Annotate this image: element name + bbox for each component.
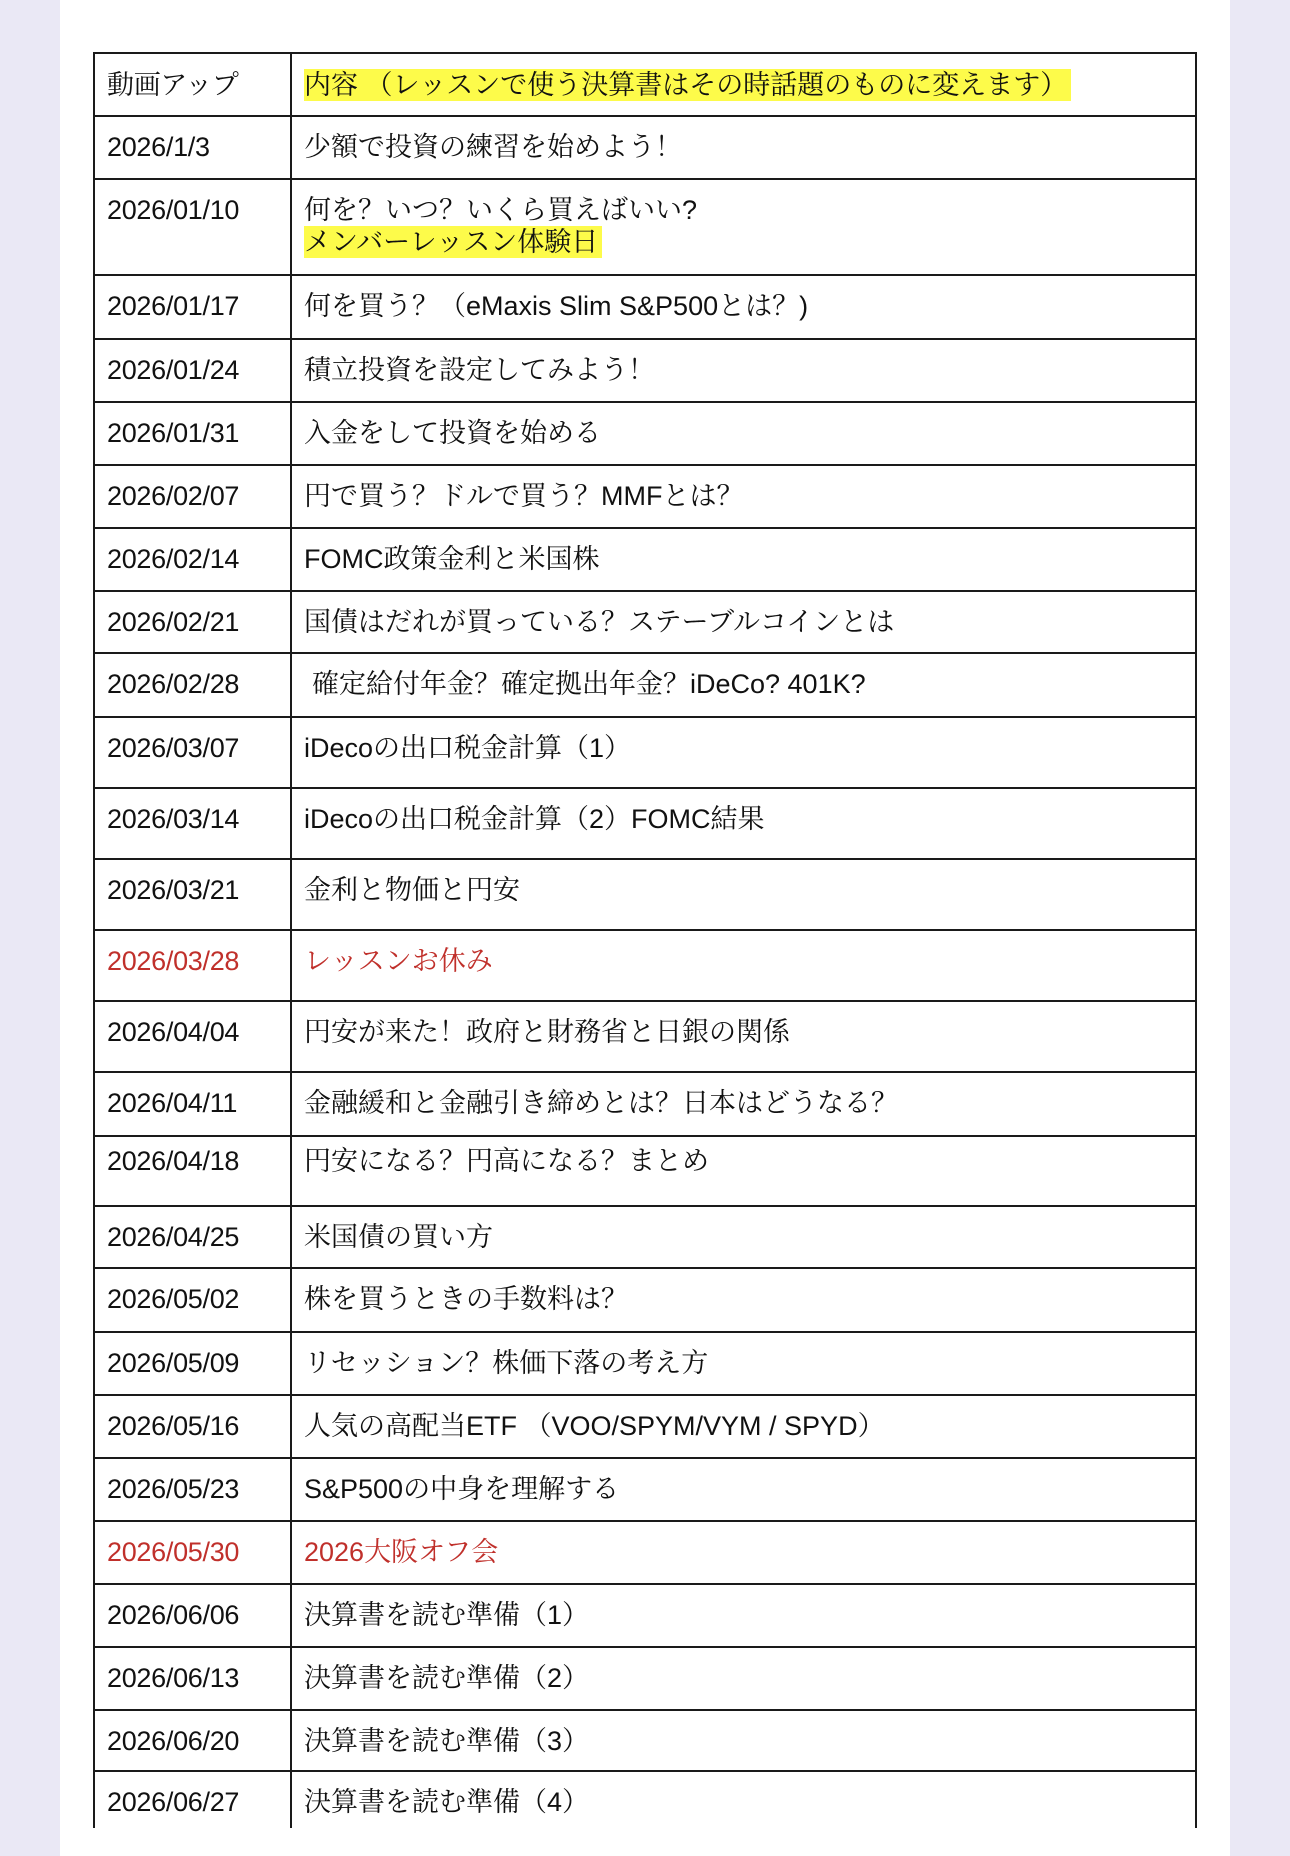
date-cell: 2026/03/14 xyxy=(94,788,291,859)
date-text: 2026/01/31 xyxy=(107,418,239,448)
table-row: 2026/1/3 少額で投資の練習を始めよう！ xyxy=(94,116,1196,179)
content-text: 入金をして投資を始める xyxy=(304,418,601,448)
table-row: 2026/06/13 決算書を読む準備（2） xyxy=(94,1647,1196,1710)
date-text: 2026/03/21 xyxy=(107,875,239,905)
date-cell: 2026/04/25 xyxy=(94,1206,291,1268)
table-row: 2026/03/21 金利と物価と円安 xyxy=(94,859,1196,930)
content-text: 決算書を読む準備（4） xyxy=(304,1787,589,1817)
content-text: 少額で投資の練習を始めよう！ xyxy=(304,132,682,162)
table-row: 2026/05/23 S&P500の中身を理解する xyxy=(94,1458,1196,1521)
date-text: 2026/05/16 xyxy=(107,1411,239,1441)
table-row: 2026/04/18 円安になる？円高になる？まとめ xyxy=(94,1136,1196,1206)
table-row: 2026/02/14 FOMC政策金利と米国株 xyxy=(94,528,1196,591)
content-text: 円で買う？ドルで買う？MMFとは？ xyxy=(304,481,743,511)
content-cell: iDecoの出口税金計算（2）FOMC結果 xyxy=(291,788,1196,859)
table-row: 2026/04/11 金融緩和と金融引き締めとは？日本はどうなる？ xyxy=(94,1072,1196,1136)
date-text: 2026/06/13 xyxy=(107,1663,239,1693)
date-text: 2026/06/27 xyxy=(107,1787,239,1817)
date-cell: 2026/06/06 xyxy=(94,1584,291,1647)
content-cell: 米国債の買い方 xyxy=(291,1206,1196,1268)
table-row: 2026/04/04 円安が来た！政府と財務省と日銀の関係 xyxy=(94,1001,1196,1072)
content-cell: 金融緩和と金融引き締めとは？日本はどうなる？ xyxy=(291,1072,1196,1136)
date-cell: 2026/04/18 xyxy=(94,1136,291,1206)
date-text: 2026/04/04 xyxy=(107,1017,239,1047)
content-cell: 円で買う？ドルで買う？MMFとは？ xyxy=(291,465,1196,528)
content-cell: 何を買う？（eMaxis Slim S&P500とは？) xyxy=(291,275,1196,339)
content-text: FOMC政策金利と米国株 xyxy=(304,544,599,574)
table-row: 2026/05/09 リセッション？株価下落の考え方 xyxy=(94,1332,1196,1395)
table-row: 2026/05/16 人気の高配当ETF （VOO/SPYM/VYM / SPY… xyxy=(94,1395,1196,1458)
content-cell: 決算書を読む準備（3） xyxy=(291,1710,1196,1771)
content-cell: 円安が来た！政府と財務省と日銀の関係 xyxy=(291,1001,1196,1072)
date-cell: 2026/05/30 xyxy=(94,1521,291,1584)
content-cell: 決算書を読む準備（4） xyxy=(291,1771,1196,1828)
date-text: 2026/02/07 xyxy=(107,481,239,511)
header-date-label: 動画アップ xyxy=(107,70,239,100)
content-cell: 金利と物価と円安 xyxy=(291,859,1196,930)
content-text: 決算書を読む準備（2） xyxy=(304,1663,589,1693)
highlighted-note: メンバーレッスン体験日 xyxy=(304,226,602,258)
content-text: 円安が来た！政府と財務省と日銀の関係 xyxy=(304,1017,790,1047)
content-cell: 積立投資を設定してみよう！ xyxy=(291,339,1196,402)
date-text: 2026/01/10 xyxy=(107,195,239,225)
content-cell: リセッション？株価下落の考え方 xyxy=(291,1332,1196,1395)
date-text: 2026/05/30 xyxy=(107,1537,239,1567)
date-cell: 2026/03/28 xyxy=(94,930,291,1001)
content-text: 決算書を読む準備（1） xyxy=(304,1600,589,1630)
content-cell: FOMC政策金利と米国株 xyxy=(291,528,1196,591)
lesson-schedule-table: 動画アップ 内容 （レッスンで使う決算書はその時話題のものに変えます） 2026… xyxy=(93,52,1197,1828)
date-text: 2026/04/11 xyxy=(107,1088,237,1118)
date-cell: 2026/1/3 xyxy=(94,116,291,179)
date-text: 2026/04/18 xyxy=(107,1146,239,1176)
date-cell: 2026/05/02 xyxy=(94,1268,291,1332)
content-text: 何を？いつ？いくら買えばいい? xyxy=(304,194,1183,226)
date-cell: 2026/01/24 xyxy=(94,339,291,402)
table-row: 2026/01/24 積立投資を設定してみよう！ xyxy=(94,339,1196,402)
content-cell: 少額で投資の練習を始めよう！ xyxy=(291,116,1196,179)
content-text: 金融緩和と金融引き締めとは？日本はどうなる？ xyxy=(304,1088,898,1118)
date-cell: 2026/06/27 xyxy=(94,1771,291,1828)
date-cell: 2026/05/23 xyxy=(94,1458,291,1521)
content-text: 金利と物価と円安 xyxy=(304,875,520,905)
content-cell: 決算書を読む準備（1） xyxy=(291,1584,1196,1647)
date-cell: 2026/04/04 xyxy=(94,1001,291,1072)
document-page: 動画アップ 内容 （レッスンで使う決算書はその時話題のものに変えます） 2026… xyxy=(60,0,1230,1856)
date-text: 2026/05/09 xyxy=(107,1348,239,1378)
header-content-label: 内容 （レッスンで使う決算書はその時話題のものに変えます） xyxy=(304,69,1071,101)
content-cell: 2026大阪オフ会 xyxy=(291,1521,1196,1584)
date-cell: 2026/02/21 xyxy=(94,591,291,653)
content-cell: 決算書を読む準備（2） xyxy=(291,1647,1196,1710)
content-text: 円安になる？円高になる？まとめ xyxy=(304,1146,709,1176)
content-cell: 何を？いつ？いくら買えばいい?メンバーレッスン体験日 xyxy=(291,179,1196,275)
date-cell: 2026/03/21 xyxy=(94,859,291,930)
date-cell: 2026/02/07 xyxy=(94,465,291,528)
content-text: 2026大阪オフ会 xyxy=(304,1537,498,1567)
content-text: 確定給付年金？確定拠出年金？iDeCo? 401K? xyxy=(304,668,866,700)
schedule-table-container: 動画アップ 内容 （レッスンで使う決算書はその時話題のものに変えます） 2026… xyxy=(93,52,1197,1828)
content-cell: 国債はだれが買っている？ステーブルコインとは xyxy=(291,591,1196,653)
content-cell: 円安になる？円高になる？まとめ xyxy=(291,1136,1196,1206)
date-cell: 2026/01/17 xyxy=(94,275,291,339)
content-text: 株を買うときの手数料は？ xyxy=(304,1284,628,1314)
content-cell: 確定給付年金？確定拠出年金？iDeCo? 401K? xyxy=(291,653,1196,717)
date-text: 2026/06/20 xyxy=(107,1726,239,1756)
content-cell: 入金をして投資を始める xyxy=(291,402,1196,465)
table-row: 2026/03/14 iDecoの出口税金計算（2）FOMC結果 xyxy=(94,788,1196,859)
date-text: 2026/01/24 xyxy=(107,355,239,385)
table-row: 2026/04/25 米国債の買い方 xyxy=(94,1206,1196,1268)
table-row: 2026/06/06 決算書を読む準備（1） xyxy=(94,1584,1196,1647)
table-row: 2026/01/31 入金をして投資を始める xyxy=(94,402,1196,465)
content-text: 積立投資を設定してみよう！ xyxy=(304,355,655,385)
content-text: 人気の高配当ETF （VOO/SPYM/VYM / SPYD） xyxy=(304,1411,885,1441)
content-text: 決算書を読む準備（3） xyxy=(304,1726,589,1756)
date-cell: 2026/02/28 xyxy=(94,653,291,717)
date-cell: 2026/04/11 xyxy=(94,1072,291,1136)
table-row: 2026/03/07 iDecoの出口税金計算（1） xyxy=(94,717,1196,788)
content-text: リセッション？株価下落の考え方 xyxy=(304,1348,708,1378)
content-text: iDecoの出口税金計算（1） xyxy=(304,733,631,763)
content-text: レッスンお休み xyxy=(304,946,493,976)
content-text: 米国債の買い方 xyxy=(304,1222,493,1252)
date-cell: 2026/01/31 xyxy=(94,402,291,465)
table-row: 2026/01/17 何を買う？（eMaxis Slim S&P500とは？) xyxy=(94,275,1196,339)
table-row: 2026/01/10 何を？いつ？いくら買えばいい?メンバーレッスン体験日 xyxy=(94,179,1196,275)
table-row: 2026/02/21 国債はだれが買っている？ステーブルコインとは xyxy=(94,591,1196,653)
content-text: iDecoの出口税金計算（2）FOMC結果 xyxy=(304,804,765,834)
content-cell: レッスンお休み xyxy=(291,930,1196,1001)
date-cell: 2026/05/09 xyxy=(94,1332,291,1395)
content-cell: 人気の高配当ETF （VOO/SPYM/VYM / SPYD） xyxy=(291,1395,1196,1458)
date-text: 2026/03/07 xyxy=(107,733,239,763)
content-cell: iDecoの出口税金計算（1） xyxy=(291,717,1196,788)
table-row: 2026/02/28 確定給付年金？確定拠出年金？iDeCo? 401K? xyxy=(94,653,1196,717)
table-row-event: 2026/05/30 2026大阪オフ会 xyxy=(94,1521,1196,1584)
date-text: 2026/04/25 xyxy=(107,1222,239,1252)
date-text: 2026/05/02 xyxy=(107,1284,239,1314)
header-content-cell: 内容 （レッスンで使う決算書はその時話題のものに変えます） xyxy=(291,53,1196,116)
content-text: 国債はだれが買っている？ステーブルコインとは xyxy=(304,607,894,637)
content-text: S&P500の中身を理解する xyxy=(304,1474,619,1504)
date-text: 2026/02/28 xyxy=(107,669,239,699)
table-row: 2026/02/07 円で買う？ドルで買う？MMFとは？ xyxy=(94,465,1196,528)
date-cell: 2026/06/20 xyxy=(94,1710,291,1771)
date-cell: 2026/05/16 xyxy=(94,1395,291,1458)
content-cell: S&P500の中身を理解する xyxy=(291,1458,1196,1521)
content-text: 何を買う？（eMaxis Slim S&P500とは？) xyxy=(304,291,808,321)
table-header-row: 動画アップ 内容 （レッスンで使う決算書はその時話題のものに変えます） xyxy=(94,53,1196,116)
content-cell: 株を買うときの手数料は？ xyxy=(291,1268,1196,1332)
table-row-holiday: 2026/03/28 レッスンお休み xyxy=(94,930,1196,1001)
date-text: 2026/02/21 xyxy=(107,607,239,637)
date-text: 2026/02/14 xyxy=(107,544,239,574)
date-text: 2026/06/06 xyxy=(107,1600,239,1630)
date-text: 2026/05/23 xyxy=(107,1474,239,1504)
date-text: 2026/1/3 xyxy=(107,132,210,162)
date-text: 2026/03/14 xyxy=(107,804,239,834)
date-text: 2026/03/28 xyxy=(107,946,239,976)
date-cell: 2026/03/07 xyxy=(94,717,291,788)
table-row: 2026/05/02 株を買うときの手数料は？ xyxy=(94,1268,1196,1332)
date-cell: 2026/01/10 xyxy=(94,179,291,275)
date-cell: 2026/02/14 xyxy=(94,528,291,591)
table-row: 2026/06/27 決算書を読む準備（4） xyxy=(94,1771,1196,1828)
header-date-cell: 動画アップ xyxy=(94,53,291,116)
date-cell: 2026/06/13 xyxy=(94,1647,291,1710)
date-text: 2026/01/17 xyxy=(107,291,239,321)
table-row: 2026/06/20 決算書を読む準備（3） xyxy=(94,1710,1196,1771)
